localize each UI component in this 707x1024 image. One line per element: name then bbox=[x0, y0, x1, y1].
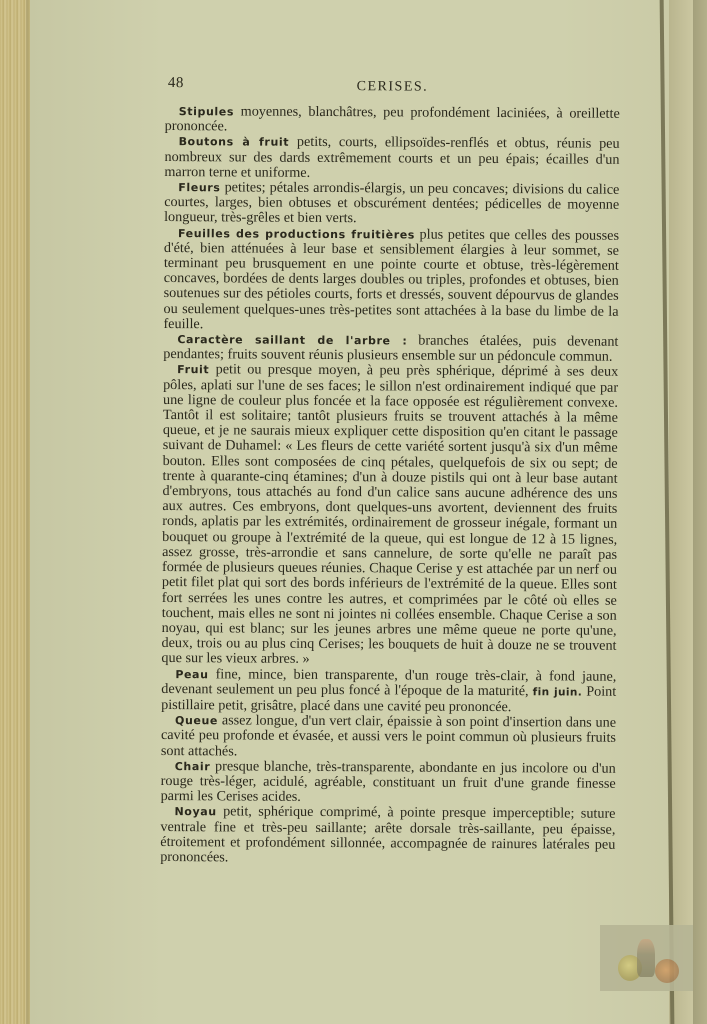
paragraph-caractere: Caractère saillant de l'arbre : branches… bbox=[163, 332, 618, 365]
figure-icon bbox=[637, 939, 655, 977]
paragraph-noyau: Noyau petit, sphérique comprimé, à point… bbox=[160, 804, 615, 868]
page-content: 48 CERISES. Stipules moyennes, blanchâtr… bbox=[160, 76, 620, 868]
fruit-thumbnail-icon bbox=[600, 925, 693, 991]
running-head: 48 CERISES. bbox=[165, 76, 620, 101]
paragraph-boutons: Boutons à fruit petits, courts, ellipsoï… bbox=[164, 134, 619, 182]
paragraph-lead: Fruit bbox=[177, 364, 209, 377]
paragraph-lead: Caractère saillant de l'arbre : bbox=[177, 333, 407, 347]
paragraph-queue: Queue assez longue, d'un vert clair, épa… bbox=[161, 713, 616, 761]
apple-icon bbox=[655, 959, 679, 983]
paragraph-text: moyennes, blanchâtres, peu profondément … bbox=[165, 103, 620, 134]
paragraph-peau: Peau fine, mince, bien transparente, d'u… bbox=[161, 667, 616, 716]
next-page-shadow bbox=[693, 0, 707, 1024]
paragraph-lead: Noyau bbox=[174, 805, 216, 818]
paragraph-fleurs: Fleurs petites; pétales arrondis-élargis… bbox=[164, 180, 619, 228]
paragraph-lead: Feuilles des productions fruitières bbox=[178, 227, 415, 241]
paragraph-feuilles: Feuilles des productions fruitières plus… bbox=[163, 226, 619, 335]
paragraph-fruit: Fruit petit ou presque moyen, à peu près… bbox=[161, 362, 618, 669]
paragraph-lead: Fleurs bbox=[178, 181, 220, 194]
paragraph-chair: Chair presque blanche, très-transparente… bbox=[161, 759, 616, 807]
maturity-date: fin juin. bbox=[533, 686, 583, 698]
paragraph-lead: Stipules bbox=[179, 105, 234, 118]
paragraph-stipules: Stipules moyennes, blanchâtres, peu prof… bbox=[165, 104, 620, 137]
paragraph-text: petites; pétales arrondis-élargis, un pe… bbox=[164, 179, 619, 226]
paragraph-lead: Peau bbox=[175, 668, 208, 681]
paragraph-lead: Queue bbox=[175, 714, 218, 727]
paragraph-text: presque blanche, très-transparente, abon… bbox=[161, 758, 616, 805]
paragraph-text: petit, sphérique comprimé, à pointe pres… bbox=[160, 804, 615, 866]
paragraph-lead: Boutons à fruit bbox=[179, 135, 290, 149]
paragraph-lead: Chair bbox=[175, 760, 211, 773]
paragraph-text: assez longue, d'un vert clair, épaissie … bbox=[161, 712, 616, 759]
paragraph-text: plus petites que celles des pousses d'ét… bbox=[163, 226, 619, 332]
paragraph-text: petit ou presque moyen, à peu près sphér… bbox=[161, 362, 618, 667]
running-head-title: CERISES. bbox=[165, 78, 620, 96]
